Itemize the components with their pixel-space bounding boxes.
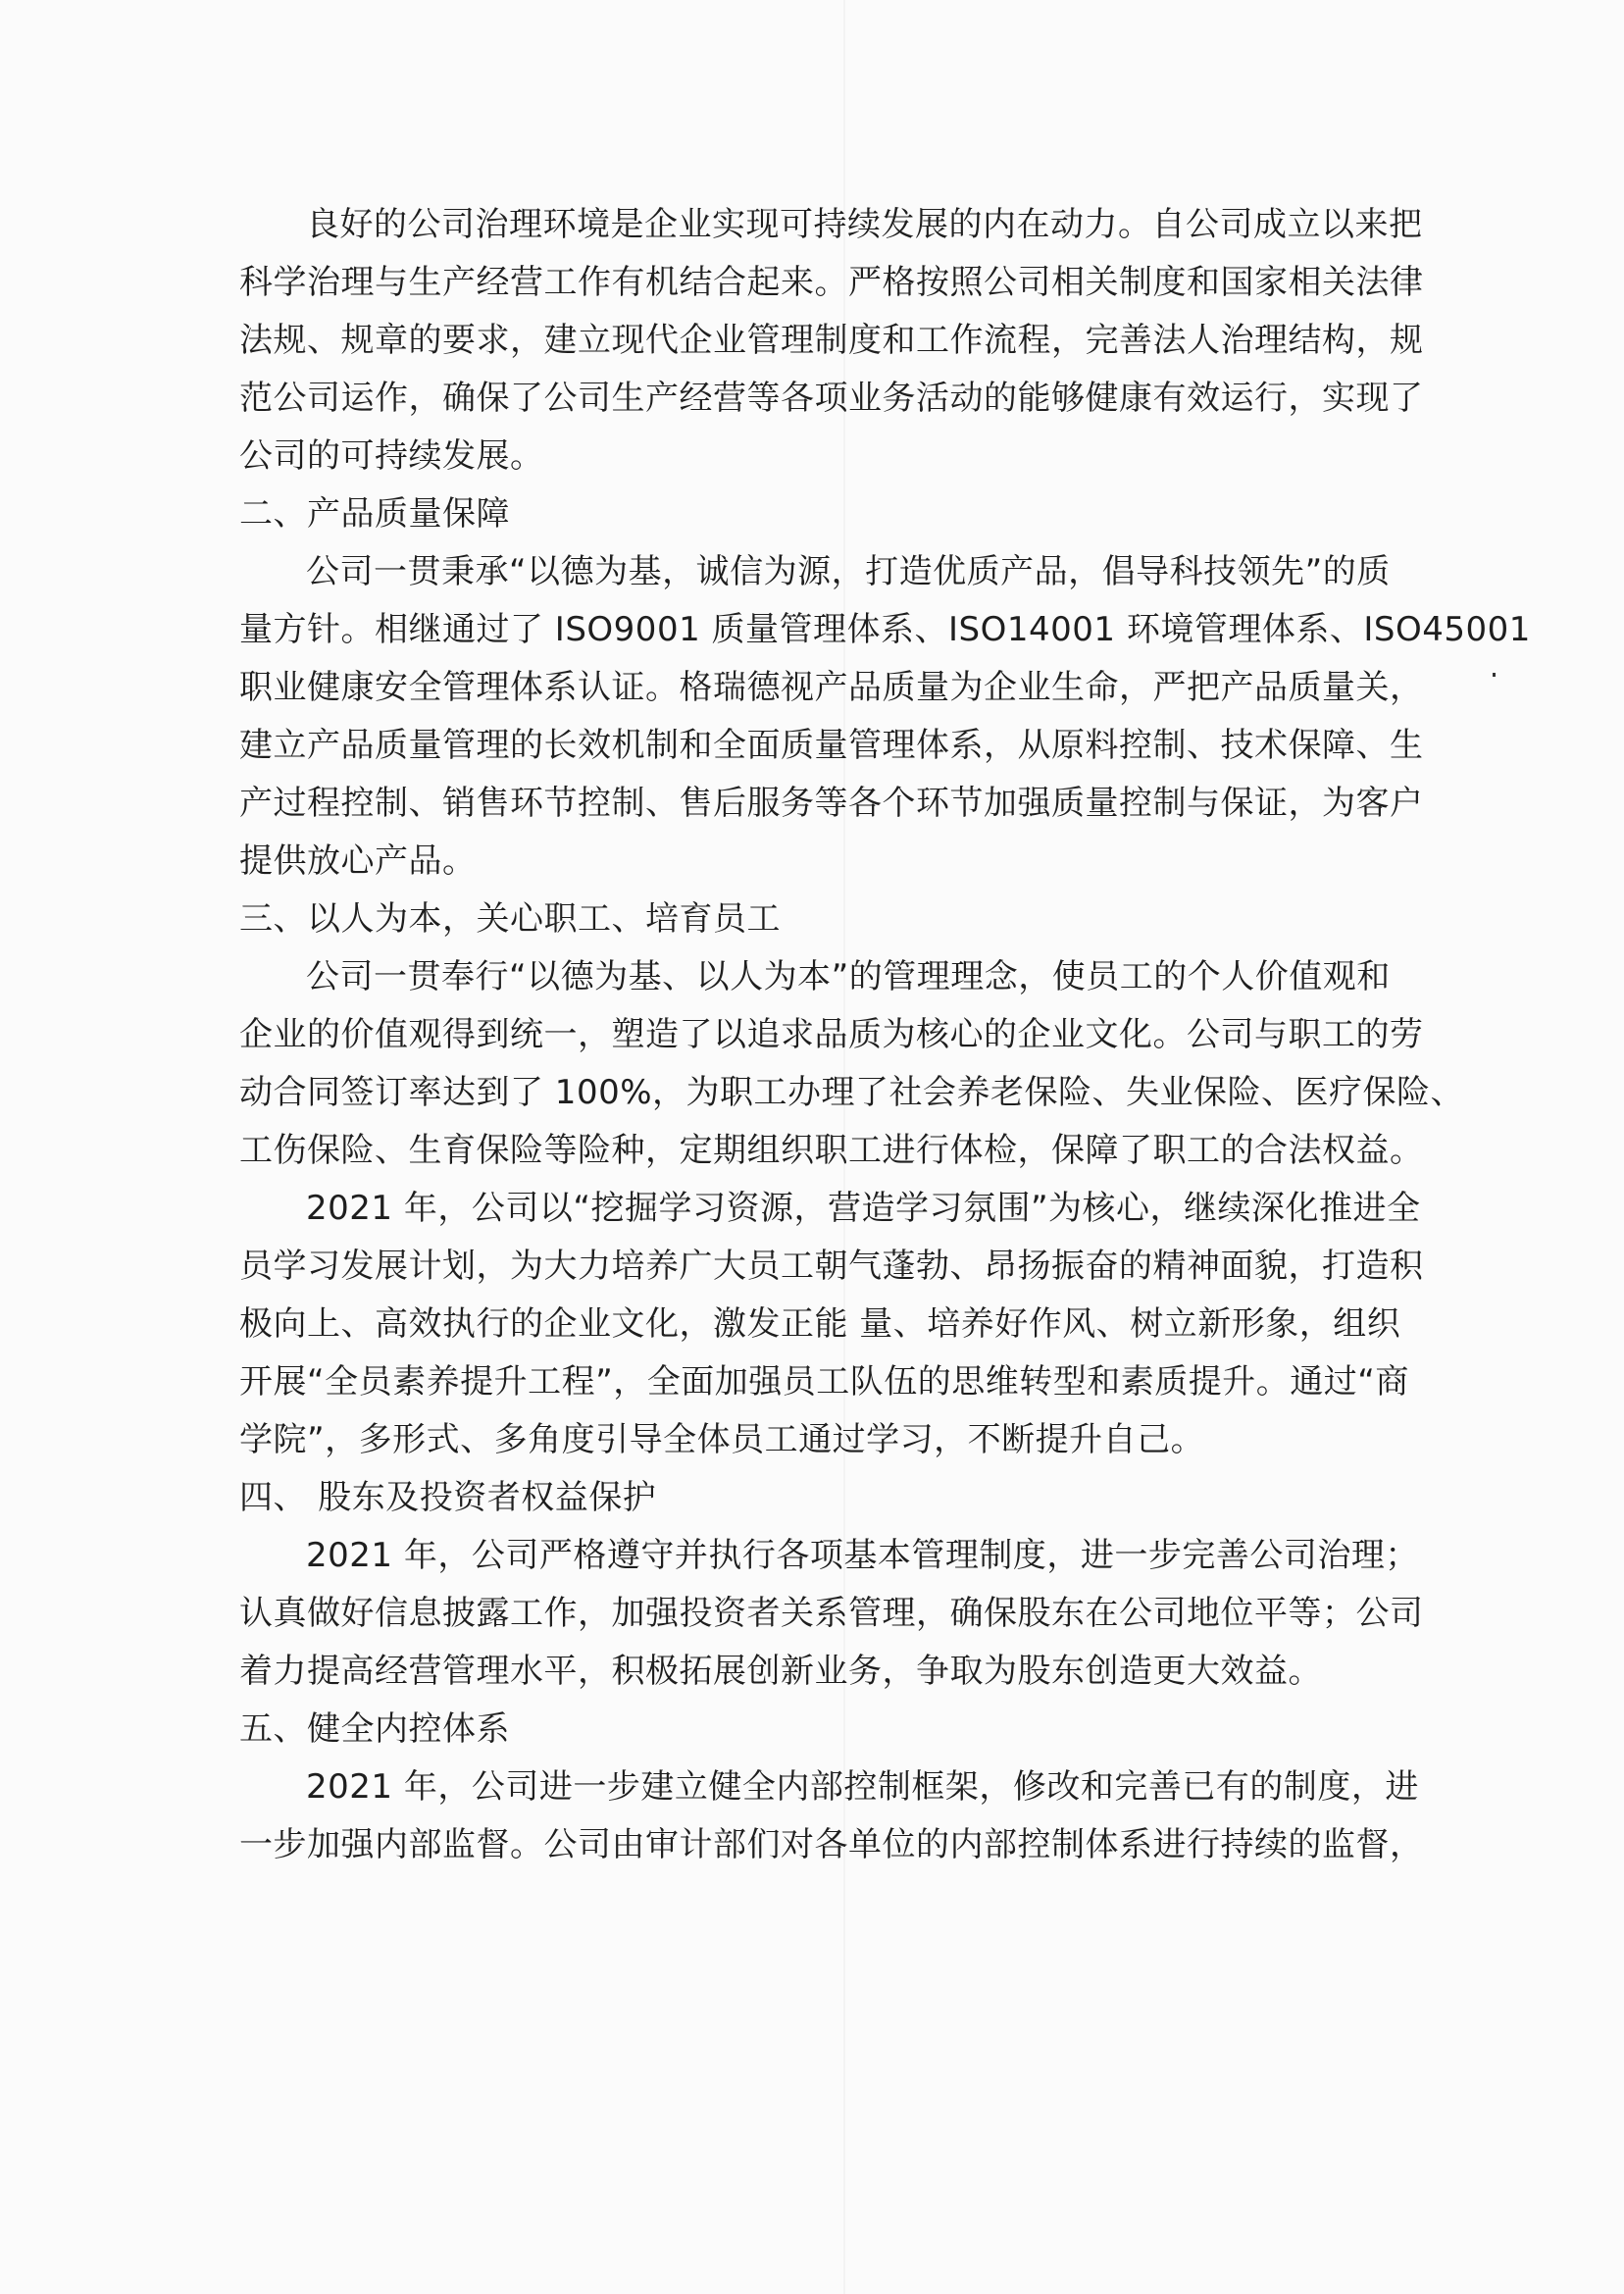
paragraph-employee-learning: 2021 年，公司以“挖掘学习资源，营造学习氛围”为核心，继续深化推进全 员学习… <box>239 1180 1382 1469</box>
text-line: 2021 年，公司以“挖掘学习资源，营造学习氛围”为核心，继续深化推进全 <box>239 1180 1382 1238</box>
text-line: 一步加强内部监督。公司由审计部们对各单位的内部控制体系进行持续的监督， <box>239 1816 1382 1874</box>
document-body: 良好的公司治理环境是企业实现可持续发展的内在动力。自公司成立以来把 科学治理与生… <box>239 196 1382 1874</box>
text-line: 开展“全员素养提升工程”，全面加强员工队伍的思维转型和素质提升。通过“商 <box>239 1353 1382 1411</box>
text-line: 法规、规章的要求，建立现代企业管理制度和工作流程，完善法人治理结构，规 <box>239 312 1382 370</box>
text-line: 建立产品质量管理的长效机制和全面质量管理体系，从原料控制、技术保障、生 <box>239 717 1382 775</box>
section-heading-product-quality: 二、产品质量保障 <box>239 485 1382 543</box>
text-line: 公司一贯秉承“以德为基，诚信为源，打造优质产品，倡导科技领先”的质 <box>239 543 1382 601</box>
text-line: 认真做好信息披露工作，加强投资者关系管理，确保股东在公司地位平等；公司 <box>239 1585 1382 1643</box>
text-line: 2021 年，公司严格遵守并执行各项基本管理制度，进一步完善公司治理； <box>239 1527 1382 1585</box>
paragraph-internal-control: 2021 年，公司进一步建立健全内部控制框架，修改和完善已有的制度，进 一步加强… <box>239 1759 1382 1874</box>
section-heading-people-oriented: 三、以人为本，关心职工、培育员工 <box>239 891 1382 948</box>
text-line: 公司的可持续发展。 <box>239 428 1382 485</box>
section-heading-shareholder-protection: 四、 股东及投资者权益保护 <box>239 1469 1382 1527</box>
text-line: 提供放心产品。 <box>239 833 1382 891</box>
section-heading-internal-control: 五、健全内控体系 <box>239 1701 1382 1759</box>
text-line: 产过程控制、销售环节控制、售后服务等各个环节加强质量控制与保证，为客户 <box>239 775 1382 833</box>
text-line: 员学习发展计划，为大力培养广大员工朝气蓬勃、昂扬振奋的精神面貌，打造积 <box>239 1238 1382 1296</box>
paragraph-governance: 良好的公司治理环境是企业实现可持续发展的内在动力。自公司成立以来把 科学治理与生… <box>239 196 1382 485</box>
text-line: 企业的价值观得到统一，塑造了以追求品质为核心的企业文化。公司与职工的劳 <box>239 1006 1382 1064</box>
scanned-page: 良好的公司治理环境是企业实现可持续发展的内在动力。自公司成立以来把 科学治理与生… <box>0 0 1624 2294</box>
text-line: 极向上、高效执行的企业文化，激发正能 量、培养好作风、树立新形象，组织 <box>239 1296 1382 1353</box>
text-line: 公司一贯奉行“以德为基、以人为本”的管理理念，使员工的个人价值观和 <box>239 948 1382 1006</box>
paragraph-employee-care: 公司一贯奉行“以德为基、以人为本”的管理理念，使员工的个人价值观和 企业的价值观… <box>239 948 1382 1180</box>
text-line: 范公司运作，确保了公司生产经营等各项业务活动的能够健康有效运行，实现了 <box>239 370 1382 428</box>
text-line: 量方针。相继通过了 ISO9001 质量管理体系、ISO14001 环境管理体系… <box>239 601 1382 659</box>
text-line: 2021 年，公司进一步建立健全内部控制框架，修改和完善已有的制度，进 <box>239 1759 1382 1816</box>
text-line: 动合同签订率达到了 100%，为职工办理了社会养老保险、失业保险、医疗保险、 <box>239 1064 1382 1122</box>
scan-speck <box>1493 673 1496 677</box>
text-line: 学院”，多形式、多角度引导全体员工通过学习，不断提升自己。 <box>239 1411 1382 1469</box>
text-line: 科学治理与生产经营工作有机结合起来。严格按照公司相关制度和国家相关法律 <box>239 254 1382 312</box>
text-line: 工伤保险、生育保险等险种，定期组织职工进行体检，保障了职工的合法权益。 <box>239 1122 1382 1180</box>
text-line: 职业健康安全管理体系认证。格瑞德视产品质量为企业生命，严把产品质量关， <box>239 659 1382 717</box>
paragraph-shareholder-protection: 2021 年，公司严格遵守并执行各项基本管理制度，进一步完善公司治理； 认真做好… <box>239 1527 1382 1701</box>
text-line: 着力提高经营管理水平，积极拓展创新业务，争取为股东创造更大效益。 <box>239 1643 1382 1701</box>
text-line: 良好的公司治理环境是企业实现可持续发展的内在动力。自公司成立以来把 <box>239 196 1382 254</box>
paragraph-product-quality: 公司一贯秉承“以德为基，诚信为源，打造优质产品，倡导科技领先”的质 量方针。相继… <box>239 543 1382 891</box>
